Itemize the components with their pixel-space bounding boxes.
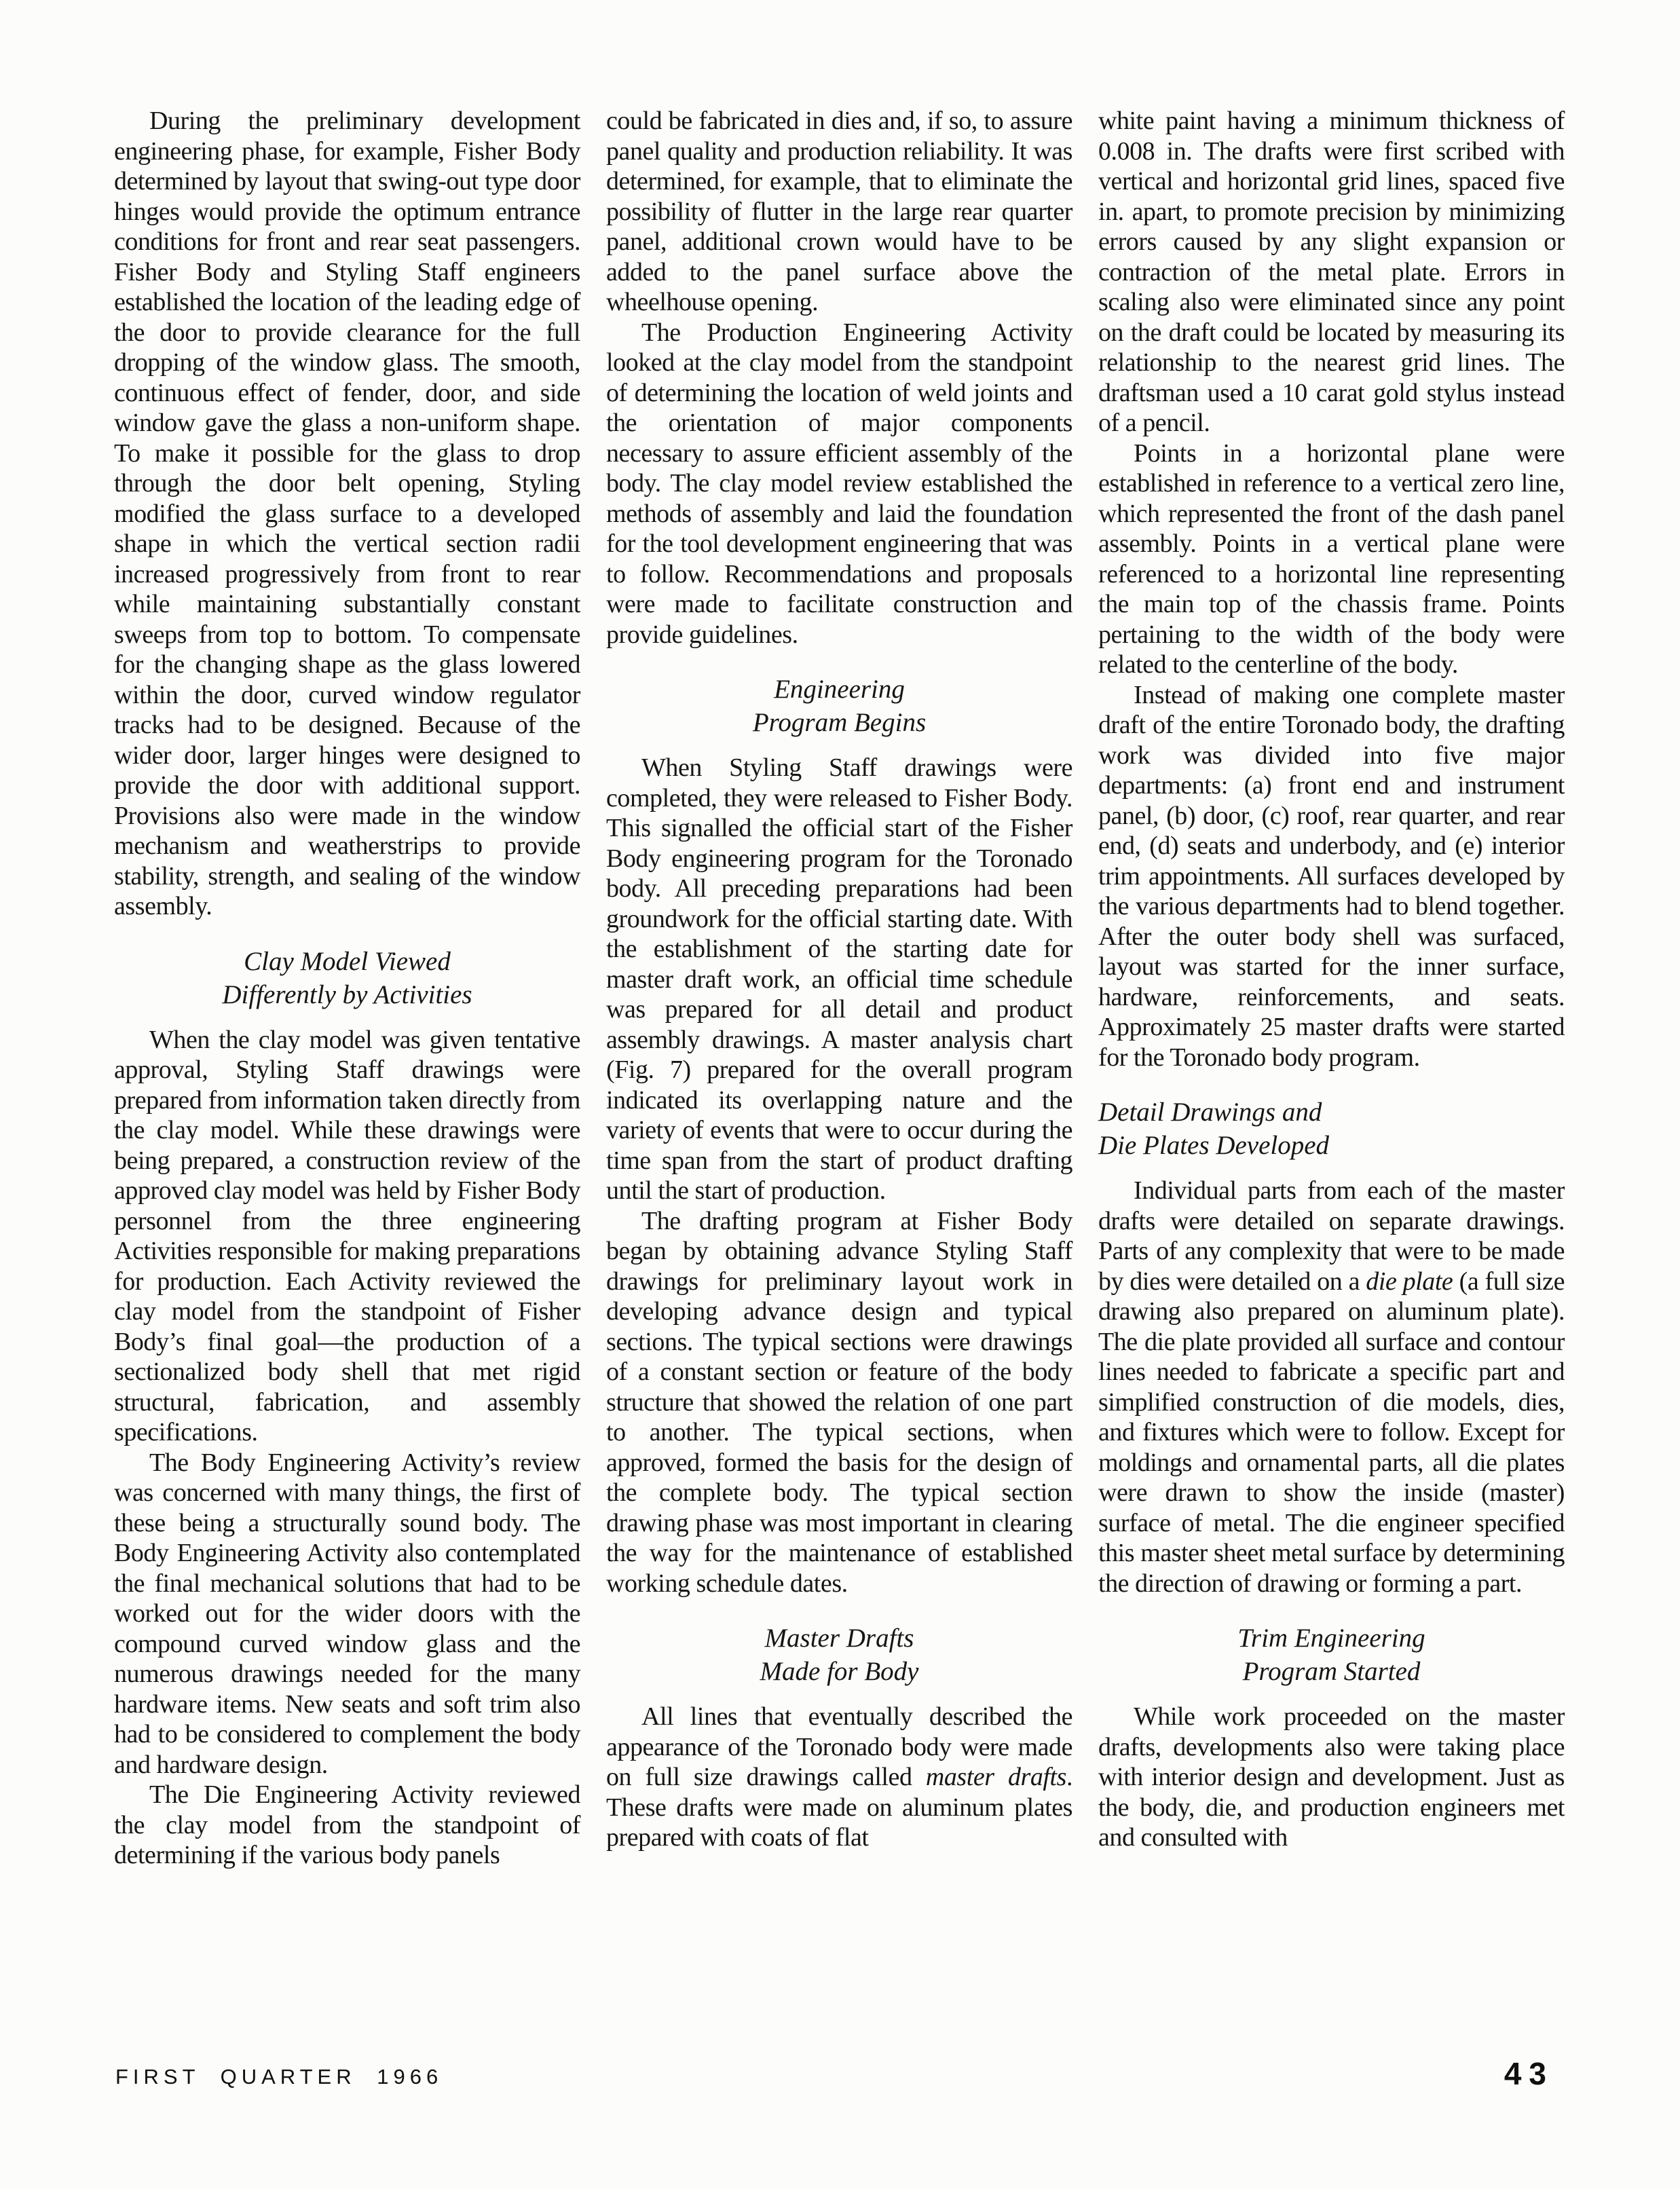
paragraph: The Die Engineering Activity reviewed th… <box>114 1780 580 1871</box>
footer-journal-name: FIRST QUARTER 1966 <box>115 2065 443 2089</box>
section-heading-line: Engineering <box>606 673 1072 706</box>
paragraph: All lines that eventually described the … <box>606 1702 1072 1853</box>
column-1: During the preliminary development engin… <box>114 106 580 1871</box>
paragraph: While work proceeded on the master draft… <box>1098 1702 1565 1853</box>
paragraph: Points in a horizontal plane were establ… <box>1098 438 1565 680</box>
paragraph: When the clay model was given tentative … <box>114 1025 580 1448</box>
section-heading-line: Differently by Activities <box>114 978 580 1011</box>
paragraph: The drafting program at Fisher Body bega… <box>606 1206 1072 1599</box>
column-2: could be fabricated in dies and, if so, … <box>606 106 1072 1853</box>
footer-page-number: 43 <box>1504 2055 1554 2092</box>
section-heading-line: Made for Body <box>606 1655 1072 1688</box>
paragraph: The Production Engineering Activity look… <box>606 318 1072 650</box>
section-heading: Clay Model ViewedDifferently by Activiti… <box>114 945 580 1011</box>
paragraph: When Styling Staff drawings were complet… <box>606 753 1072 1206</box>
section-heading-line: Die Plates Developed <box>1098 1129 1565 1162</box>
section-heading-line: Trim Engineering <box>1098 1622 1565 1655</box>
section-heading-line: Detail Drawings and <box>1098 1096 1565 1129</box>
section-heading: EngineeringProgram Begins <box>606 673 1072 739</box>
section-heading-line: Master Drafts <box>606 1622 1072 1655</box>
column-3: white paint having a minimum thickness o… <box>1098 106 1565 1853</box>
section-heading: Detail Drawings andDie Plates Developed <box>1098 1096 1565 1162</box>
paragraph: could be fabricated in dies and, if so, … <box>606 106 1072 318</box>
paragraph: The Body Engineering Activity’s review w… <box>114 1448 580 1780</box>
section-heading-line: Program Started <box>1098 1655 1565 1688</box>
section-heading: Trim EngineeringProgram Started <box>1098 1622 1565 1688</box>
paragraph: white paint having a minimum thickness o… <box>1098 106 1565 438</box>
text-columns: During the preliminary development engin… <box>114 106 1565 1871</box>
section-heading-line: Clay Model Viewed <box>114 945 580 978</box>
paragraph: During the preliminary development engin… <box>114 106 580 922</box>
section-heading: Master DraftsMade for Body <box>606 1622 1072 1688</box>
paragraph: Individual parts from each of the master… <box>1098 1176 1565 1598</box>
emphasized-text: master drafts <box>926 1763 1066 1791</box>
section-heading-line: Program Begins <box>606 706 1072 739</box>
emphasized-text: die plate <box>1366 1267 1453 1296</box>
magazine-page: During the preliminary development engin… <box>0 0 1680 2189</box>
paragraph: Instead of making one complete master dr… <box>1098 680 1565 1073</box>
